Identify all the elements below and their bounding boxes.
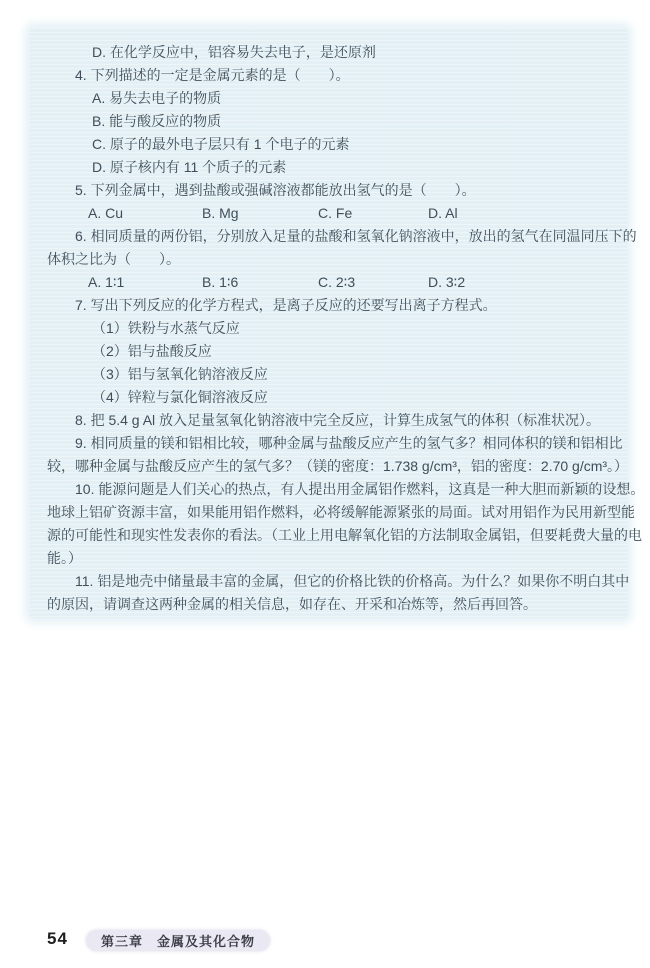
question-9-line2: 较，哪种金属与盐酸反应产生的氢气多？（镁的密度：1.738 g/cm³，铝的密度… (47, 455, 609, 478)
chapter-badge-label: 第三章 金属及其化合物 (101, 931, 255, 950)
question-10-line2: 地球上铝矿资源丰富，如果能用铝作燃料，必将缓解能源紧张的局面。试对用铝作为民用新… (47, 501, 609, 524)
q6-option-b: B. 1∶6 (202, 271, 238, 294)
q6-option-d: D. 3∶2 (428, 271, 465, 294)
question-4-stem: 4. 下列描述的一定是金属元素的是（ ）。 (47, 64, 609, 87)
question-8: 8. 把 5.4 g Al 放入足量氢氧化钠溶液中完全反应，计算生成氢气的体积（… (47, 409, 609, 432)
q6-options-row: A. 1∶1 B. 1∶6 C. 2∶3 D. 3∶2 (47, 271, 609, 294)
q5-option-d: D. Al (428, 202, 458, 225)
q5-options-row: A. Cu B. Mg C. Fe D. Al (47, 202, 609, 225)
question-7-stem: 7. 写出下列反应的化学方程式，是离子反应的还要写出离子方程式。 (47, 294, 609, 317)
question-6-stem-line2: 体积之比为（ ）。 (47, 248, 609, 271)
page-footer: 54 第三章 金属及其化合物 (0, 926, 650, 954)
q4-option-a: A. 易失去电子的物质 (47, 87, 609, 110)
textbook-page-scan: D. 在化学反应中，铝容易失去电子，是还原剂 4. 下列描述的一定是金属元素的是… (30, 28, 627, 618)
page-number: 54 (47, 929, 68, 949)
q7-item-3: （3）铝与氢氧化钠溶液反应 (47, 363, 609, 386)
question-6-stem-line1: 6. 相同质量的两份铝，分别放入足量的盐酸和氢氧化钠溶液中，放出的氢气在同温同压… (47, 225, 609, 248)
q4-option-d: D. 原子核内有 11 个质子的元素 (47, 156, 609, 179)
q6-option-a: A. 1∶1 (88, 271, 124, 294)
question-10-line4: 能。） (47, 547, 609, 570)
question-9-line1: 9. 相同质量的镁和铝相比较，哪种金属与盐酸反应产生的氢气多？相同体积的镁和铝相… (47, 432, 609, 455)
question-11-line2: 的原因，请调查这两种金属的相关信息，如存在、开采和冶炼等，然后再回答。 (47, 593, 609, 616)
question-10-line3: 源的可能性和现实性发表你的看法。（工业上用电解氧化铝的方法制取金属铝，但要耗费大… (47, 524, 609, 547)
chapter-badge: 第三章 金属及其化合物 (86, 930, 270, 951)
exercise-text-block: D. 在化学反应中，铝容易失去电子，是还原剂 4. 下列描述的一定是金属元素的是… (47, 41, 609, 616)
q7-item-4: （4）锌粒与氯化铜溶液反应 (47, 386, 609, 409)
q5-option-b: B. Mg (202, 202, 239, 225)
q4-option-b: B. 能与酸反应的物质 (47, 110, 609, 133)
question-10-line1: 10. 能源问题是人们关心的热点，有人提出用金属铝作燃料，这真是一种大胆而新颖的… (47, 478, 609, 501)
q3-option-d: D. 在化学反应中，铝容易失去电子，是还原剂 (47, 41, 609, 64)
question-5-stem: 5. 下列金属中，遇到盐酸或强碱溶液都能放出氢气的是（ ）。 (47, 179, 609, 202)
q6-option-c: C. 2∶3 (318, 271, 355, 294)
textbook-page: { "document": { "type": "textbook-exerci… (0, 0, 650, 968)
question-11-line1: 11. 铝是地壳中储量最丰富的金属，但它的价格比铁的价格高。为什么？如果你不明白… (47, 570, 609, 593)
q5-option-c: C. Fe (318, 202, 352, 225)
q7-item-1: （1）铁粉与水蒸气反应 (47, 317, 609, 340)
q7-item-2: （2）铝与盐酸反应 (47, 340, 609, 363)
q5-option-a: A. Cu (88, 202, 123, 225)
q4-option-c: C. 原子的最外电子层只有 1 个电子的元素 (47, 133, 609, 156)
